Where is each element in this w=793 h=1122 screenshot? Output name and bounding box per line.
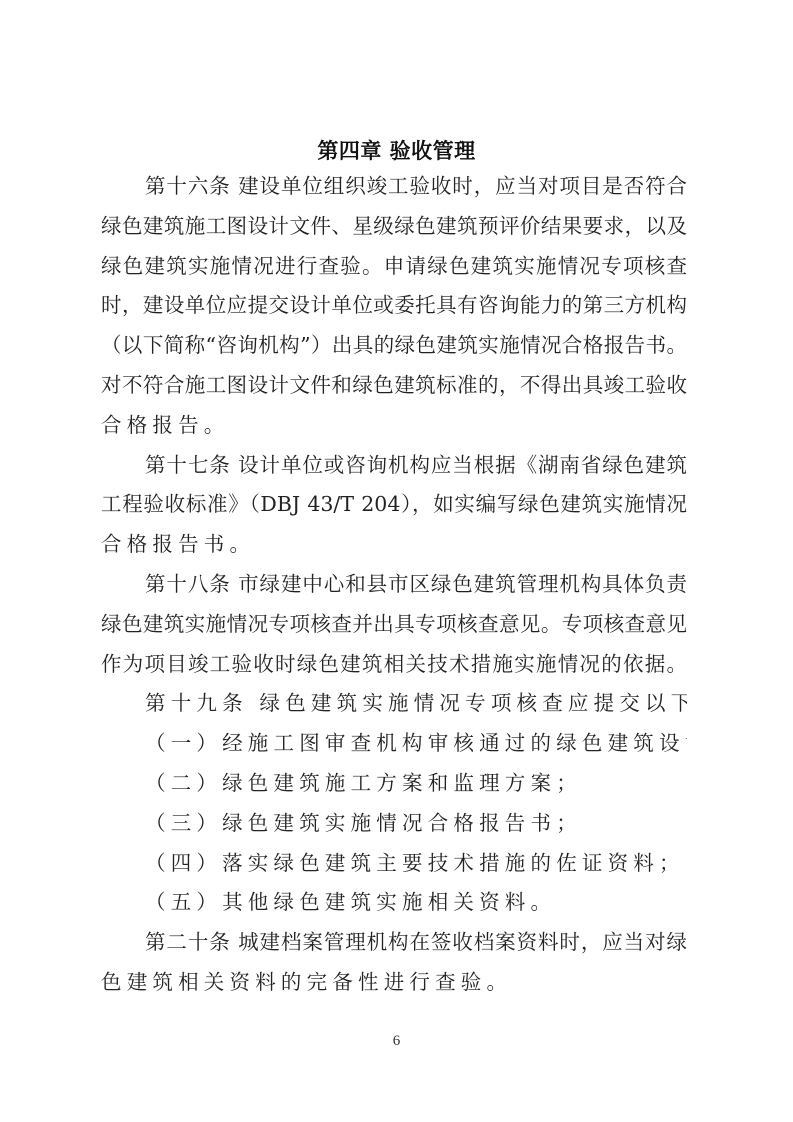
article-16-line-5: （以下简称“咨询机构”）出具的绿色建筑实施情况合格报告书。 (101, 326, 687, 366)
document-page: 第四章 验收管理 第十六条 建设单位组织竣工验收时，应当对项目是否符合 绿色建筑… (0, 0, 793, 1122)
page-number: 6 (0, 1033, 793, 1050)
article-20-line-1: 第二十条 城建档案管理机构在签收档案资料时，应当对绿 (101, 923, 687, 963)
article-16: 第十六条 建设单位组织竣工验收时，应当对项目是否符合 绿色建筑施工图设计文件、星… (101, 167, 687, 446)
article-20-line-2: 色建筑相关资料的完备性进行查验。 (101, 963, 687, 1003)
article-16-line-4: 时，建设单位应提交设计单位或委托具有咨询能力的第三方机构 (101, 286, 687, 326)
article-16-line-2: 绿色建筑施工图设计文件、星级绿色建筑预评价结果要求，以及 (101, 207, 687, 247)
article-18-line-2: 绿色建筑实施情况专项核查并出具专项核查意见。专项核查意见 (101, 605, 687, 645)
article-16-line-3: 绿色建筑实施情况进行查验。申请绿色建筑实施情况专项核查 (101, 247, 687, 287)
article-19-line-1: 第十九条 绿色建筑实施情况专项核查应提交以下资料： (101, 684, 687, 724)
article-18-line-1: 第十八条 市绿建中心和县市区绿色建筑管理机构具体负责 (101, 565, 687, 605)
article-17-line-1: 第十七条 设计单位或咨询机构应当根据《湖南省绿色建筑 (101, 446, 687, 486)
list-item-3: （三）绿色建筑实施情况合格报告书； (101, 804, 687, 844)
article-16-line-6: 对不符合施工图设计文件和绿色建筑标准的，不得出具竣工验收 (101, 366, 687, 406)
article-18-line-3: 作为项目竣工验收时绿色建筑相关技术措施实施情况的依据。 (101, 645, 687, 685)
document-body: 第十六条 建设单位组织竣工验收时，应当对项目是否符合 绿色建筑施工图设计文件、星… (101, 167, 687, 1003)
article-19: 第十九条 绿色建筑实施情况专项核查应提交以下资料： （一）经施工图审查机构审核通… (101, 684, 687, 923)
article-18: 第十八条 市绿建中心和县市区绿色建筑管理机构具体负责 绿色建筑实施情况专项核查并… (101, 565, 687, 684)
article-17: 第十七条 设计单位或咨询机构应当根据《湖南省绿色建筑 工程验收标准》（DBJ 4… (101, 446, 687, 565)
article-16-line-7: 合格报告。 (101, 406, 687, 446)
chapter-title: 第四章 验收管理 (0, 137, 793, 165)
list-item-4: （四）落实绿色建筑主要技术措施的佐证资料； (101, 844, 687, 884)
article-20: 第二十条 城建档案管理机构在签收档案资料时，应当对绿 色建筑相关资料的完备性进行… (101, 923, 687, 1003)
list-item-1: （一）经施工图审查机构审核通过的绿色建筑设计文件； (101, 724, 687, 764)
article-16-line-1: 第十六条 建设单位组织竣工验收时，应当对项目是否符合 (101, 167, 687, 207)
article-17-line-3: 合格报告书。 (101, 525, 687, 565)
article-17-line-2: 工程验收标准》（DBJ 43/T 204），如实编写绿色建筑实施情况 (101, 485, 687, 525)
list-item-5: （五）其他绿色建筑实施相关资料。 (101, 883, 687, 923)
list-item-2: （二）绿色建筑施工方案和监理方案； (101, 764, 687, 804)
